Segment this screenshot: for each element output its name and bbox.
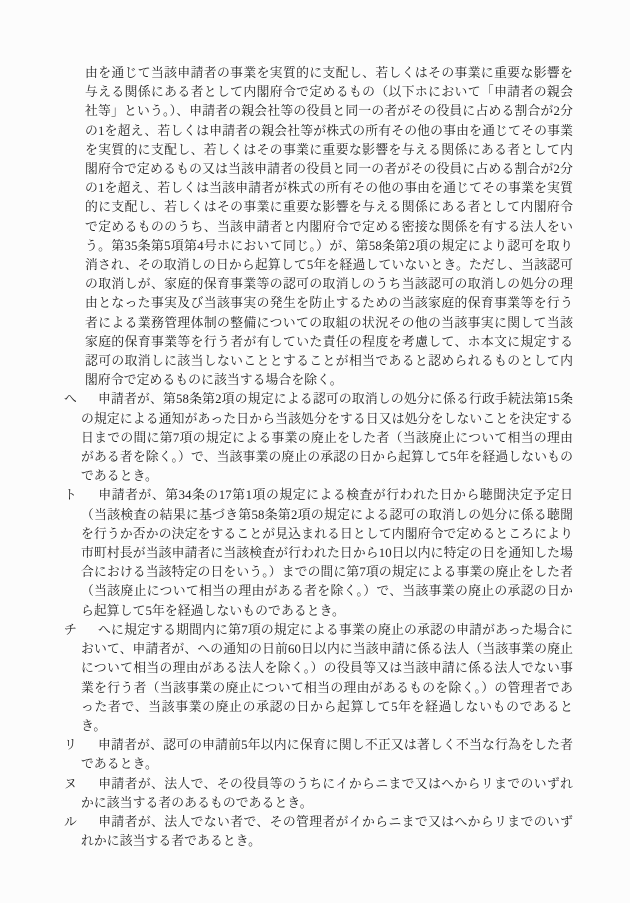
item-label-nu: ヌ <box>64 777 77 791</box>
document-page: 由を通じて当該申請者の事業を実質的に支配し、若しくはその事業に重要な影響を与える… <box>0 0 630 903</box>
item-text-nu: 申請者が、法人で、その役員等のうちにイからニまで又はへからリまでのいずれかに該当… <box>81 777 573 810</box>
list-item-to: ト申請者が、第34条の17第1項の規定による検査が行われた日から聴聞決定予定日（… <box>64 486 573 620</box>
item-label-he: へ <box>64 392 77 406</box>
continuation-paragraph: 由を通じて当該申請者の事業を実質的に支配し、若しくはその事業に重要な影響を与える… <box>64 64 573 390</box>
list-item-nu: ヌ申請者が、法人で、その役員等のうちにイからニまで又はへからリまでのいずれかに該… <box>64 775 573 813</box>
statute-text-block: 由を通じて当該申請者の事業を実質的に支配し、若しくはその事業に重要な影響を与える… <box>64 64 573 851</box>
list-item-ri: リ申請者が、認可の申請前5年以内に保育に関し不正又は著しく不当な行為をした者であ… <box>64 736 573 774</box>
item-text-ri: 申請者が、認可の申請前5年以内に保育に関し不正又は著しく不当な行為をした者である… <box>81 738 573 771</box>
list-item-he: へ申請者が、第58条第2項の規定による認可の取消しの処分に係る行政手続法第15条… <box>64 390 573 486</box>
item-text-ru: 申請者が、法人でない者で、その管理者がイからニまで又はへからリまでのいずれかに該… <box>81 815 573 848</box>
list-item-chi: チへに規定する期間内に第7項の規定による事業の廃止の承認の申請があった場合におい… <box>64 621 573 736</box>
item-label-to: ト <box>64 488 77 502</box>
item-label-ru: ル <box>64 815 77 829</box>
item-text-he: 申請者が、第58条第2項の規定による認可の取消しの処分に係る行政手続法第15条の… <box>81 392 573 483</box>
item-text-chi: へに規定する期間内に第7項の規定による事業の廃止の承認の申請があった場合において… <box>81 623 573 733</box>
item-text-to: 申請者が、第34条の17第1項の規定による検査が行われた日から聴聞決定予定日（当… <box>81 488 573 617</box>
item-label-chi: チ <box>64 623 77 637</box>
item-label-ri: リ <box>64 738 77 752</box>
list-item-ru: ル申請者が、法人でない者で、その管理者がイからニまで又はへからリまでのいずれかに… <box>64 813 573 851</box>
